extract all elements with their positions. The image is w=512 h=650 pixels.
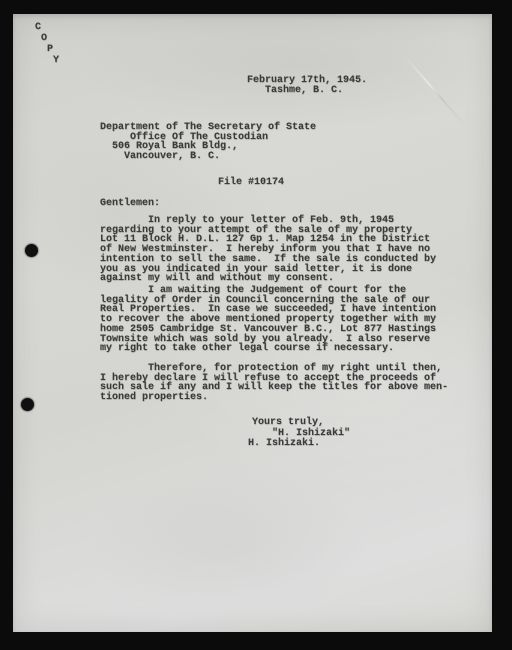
body-paragraph-2: I am waiting the Judgement of Court for … (100, 286, 436, 354)
body-paragraph-1: In reply to your letter of Feb. 9th, 194… (100, 216, 436, 284)
closing-line: Yours truly, (252, 418, 324, 428)
file-reference: File #10174 (218, 178, 284, 188)
paper-crease (403, 55, 466, 127)
letter-page: C O P Y February 17th, 1945. Tashme, B. … (13, 14, 492, 632)
hole-punch-bottom (21, 398, 34, 411)
salutation: Gentlemen: (100, 199, 160, 209)
copy-stamp: C O P Y (35, 22, 59, 66)
dateline: February 17th, 1945. Tashme, B. C. (247, 76, 367, 95)
hole-punch-top (25, 244, 38, 257)
scan-background: { "colors": { "scan_background": "#0b0b0… (0, 0, 512, 650)
recipient-address: Department of The Secretary of State Off… (100, 123, 316, 162)
signature-block: "H. Ishizaki" H. Ishizaki. (248, 429, 350, 448)
body-paragraph-3: Therefore, for protection of my right un… (100, 364, 448, 403)
